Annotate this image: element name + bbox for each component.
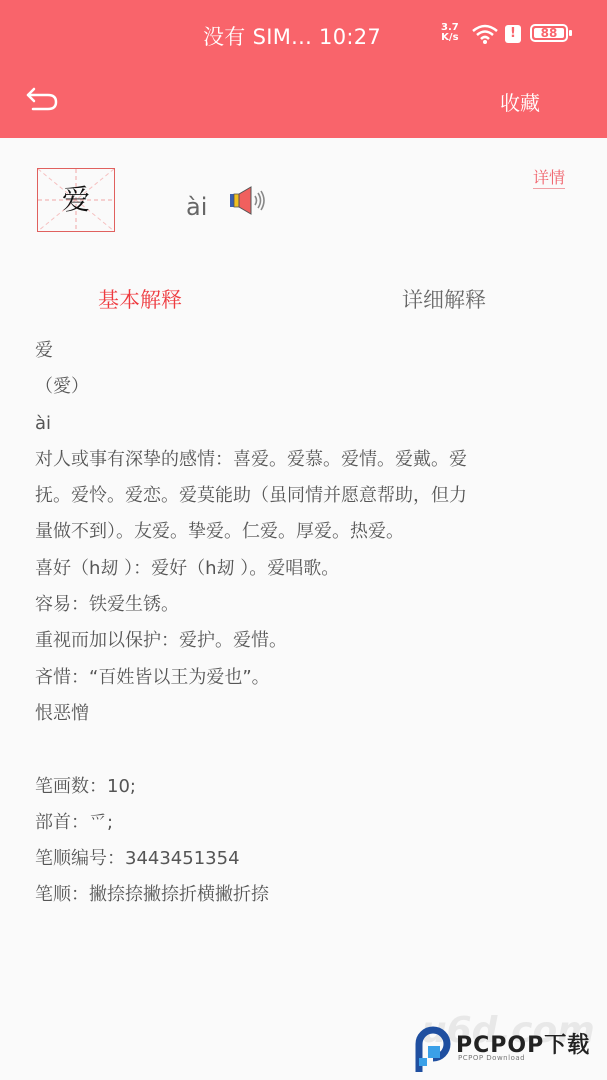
pinyin: ài bbox=[186, 193, 207, 221]
app-bar: 没有 SIM... 10:27 3.7 K/s ! 88 收藏 bbox=[0, 0, 607, 138]
speaker-button[interactable] bbox=[229, 186, 269, 220]
watermark: u6d.com PCPOP下载 PCPOP Download bbox=[413, 1010, 607, 1080]
status-bar: 没有 SIM... 10:27 3.7 K/s ! 88 bbox=[0, 0, 607, 68]
explanation-line: 喜好（h刼 ）：爱好（h刼 ）。爱唱歌。 bbox=[35, 551, 605, 587]
explanation-line: 抚。爱怜。爱恋。爱莫能助（虽同情并愿意帮助，但力 bbox=[35, 478, 605, 514]
explanation-line: 恨恶憎 bbox=[35, 696, 605, 732]
watermark-sub: PCPOP Download bbox=[458, 1054, 525, 1062]
explanation-content: 爱 （愛） ài 对人或事有深挚的感情：喜爱。爱慕。爱情。爱戴。爱 抚。爱怜。爱… bbox=[35, 333, 605, 914]
stroke-count: 笔画数：10; bbox=[35, 769, 605, 805]
back-button[interactable] bbox=[24, 82, 64, 118]
explanation-line: 量做不到）。友爱。挚爱。仁爱。厚爱。热爱。 bbox=[35, 514, 605, 550]
battery-icon: 88 bbox=[530, 24, 568, 42]
pcpop-logo-icon bbox=[413, 1024, 453, 1074]
sim-alert-icon: ! bbox=[505, 25, 521, 43]
clock: 10:27 bbox=[319, 25, 381, 49]
character-glyph: 爱 bbox=[38, 169, 114, 231]
explanation-line: （愛） bbox=[35, 369, 605, 405]
speaker-icon bbox=[229, 186, 269, 216]
back-arrow-icon bbox=[24, 82, 64, 118]
stroke-order: 笔顺：撇捺捺撇捺折横撇折捺 bbox=[35, 877, 605, 913]
stroke-order-code: 笔顺编号：3443451354 bbox=[35, 841, 605, 877]
carrier-and-time: 没有 SIM... 10:27 bbox=[203, 21, 381, 51]
detail-link[interactable]: 详情 bbox=[533, 167, 565, 189]
wifi-icon bbox=[472, 24, 498, 44]
battery-tip bbox=[569, 30, 572, 36]
explanation-line: 容易：铁爱生锈。 bbox=[35, 587, 605, 623]
tab-basic-explanation[interactable]: 基本解释 bbox=[98, 284, 182, 314]
explanation-line: 爱 bbox=[35, 333, 605, 369]
explanation-line: ài bbox=[35, 406, 605, 442]
explanation-line: 重视而加以保护：爱护。爱惜。 bbox=[35, 623, 605, 659]
radical: 部首：爫; bbox=[35, 805, 605, 841]
character-grid: 爱 bbox=[37, 168, 115, 232]
explanation-line: 吝惜：“百姓皆以王为爱也”。 bbox=[35, 660, 605, 696]
favorite-button[interactable]: 收藏 bbox=[500, 87, 540, 116]
spacer bbox=[35, 732, 605, 768]
network-speed: 3.7 K/s bbox=[441, 23, 459, 43]
explanation-line: 对人或事有深挚的感情：喜爱。爱慕。爱情。爱戴。爱 bbox=[35, 442, 605, 478]
tab-detailed-explanation[interactable]: 详细解释 bbox=[402, 284, 486, 314]
